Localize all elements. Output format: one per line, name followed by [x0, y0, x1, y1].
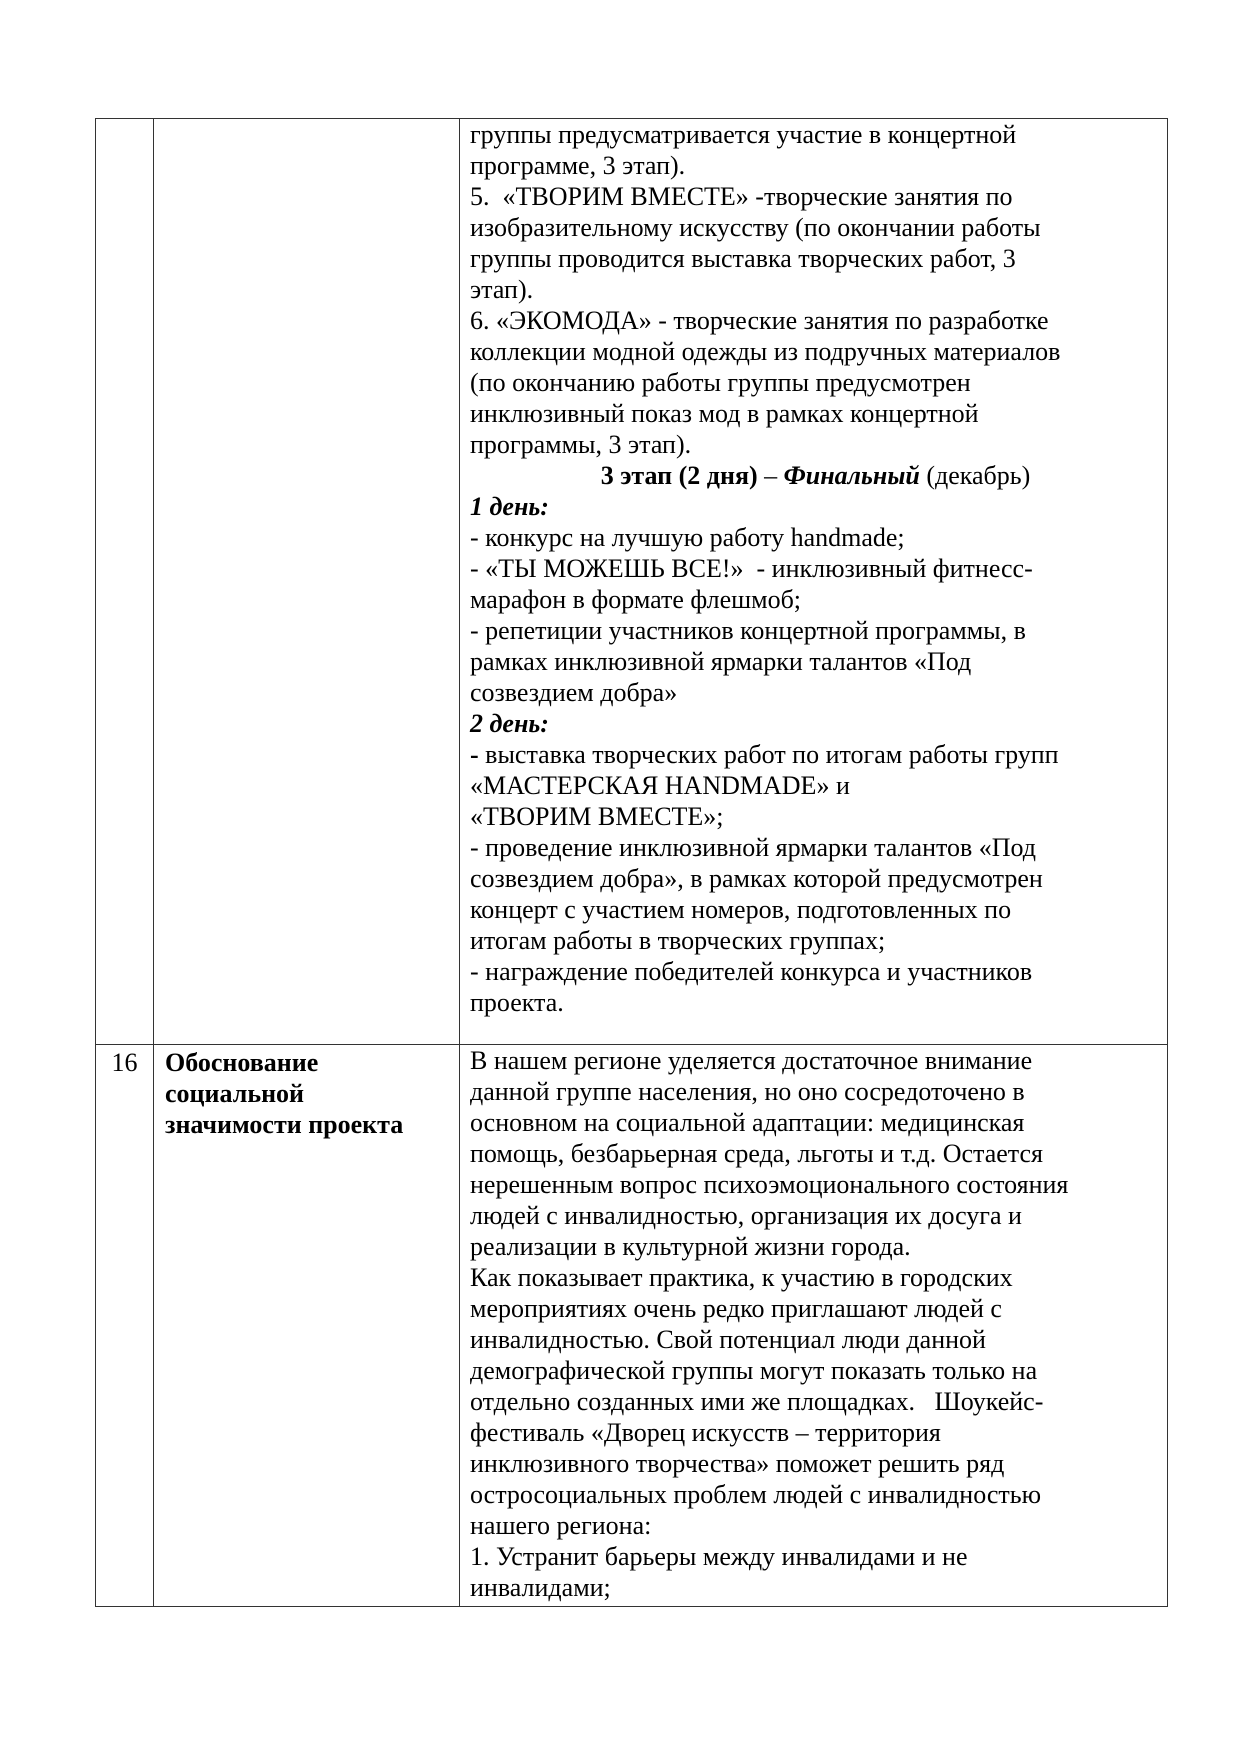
day-1-activities: - конкурс на лучшую работу handmade;- «Т… — [470, 522, 1161, 708]
stage-3-name: Финальный — [784, 461, 920, 490]
text-line: нерешенным вопрос психоэмоционального со… — [470, 1169, 1161, 1200]
activity-line: «МАСТЕРСКАЯ HANDMADE» и — [470, 770, 1161, 801]
activity-line: созвездием добра» — [470, 677, 1161, 708]
activity-line: - «ТЫ МОЖЕШЬ ВСЕ!» - инклюзивный фитнесс… — [470, 553, 1161, 584]
activity-line: - награждение победителей конкурса и уча… — [470, 956, 1161, 987]
social-significance-label: Обоснованиесоциальнойзначимости проекта — [165, 1047, 449, 1140]
text-line: Как показывает практика, к участию в гор… — [470, 1262, 1161, 1293]
label-line: значимости проекта — [165, 1109, 449, 1140]
day-2-first-activity: - выставка творческих работ по итогам ра… — [470, 739, 1161, 770]
activity-line: - проведение инклюзивной ярмарки таланто… — [470, 832, 1161, 863]
text-line: демографической группы могут показать то… — [470, 1355, 1161, 1386]
activity-line: концерт с участием номеров, подготовленн… — [470, 894, 1161, 925]
activity-line: итогам работы в творческих группах; — [470, 925, 1161, 956]
text-line: 6. «ЭКОМОДА» - творческие занятия по раз… — [470, 305, 1161, 336]
text-line: группы предусматривается участие в конце… — [470, 119, 1161, 150]
text-line: отдельно созданных ими же площадках. Шоу… — [470, 1386, 1161, 1417]
text-line: коллекции модной одежды из подручных мат… — [470, 336, 1161, 367]
row-label-cell — [154, 119, 460, 1045]
text-line: изобразительному искусству (по окончании… — [470, 212, 1161, 243]
activity-line: марафон в формате флешмоб; — [470, 584, 1161, 615]
bold-dash: - — [470, 740, 479, 769]
activity-line: - конкурс на лучшую работу handmade; — [470, 522, 1161, 553]
text-line: реализации в культурной жизни города. — [470, 1231, 1161, 1262]
label-line: Обоснование — [165, 1047, 449, 1078]
activity-line: созвездием добра», в рамках которой пред… — [470, 863, 1161, 894]
project-table: группы предусматривается участие в конце… — [95, 118, 1168, 1607]
activity-line: рамках инклюзивной ярмарки талантов «Под — [470, 646, 1161, 677]
text-line: нашего региона: — [470, 1510, 1161, 1541]
text-line: этап). — [470, 274, 1161, 305]
text-line: помощь, безбарьерная среда, льготы и т.д… — [470, 1138, 1161, 1169]
row-label-cell: Обоснованиесоциальнойзначимости проекта — [154, 1045, 460, 1607]
text-line: инклюзивный показ мод в рамках концертно… — [470, 398, 1161, 429]
text-line: (по окончанию работы группы предусмотрен — [470, 367, 1161, 398]
social-significance-text: В нашем регионе уделяется достаточное вн… — [470, 1045, 1161, 1603]
text-line: остросоциальных проблем людей с инвалидн… — [470, 1479, 1161, 1510]
text-line: инвалидностью. Свой потенциал люди данно… — [470, 1324, 1161, 1355]
text-line: 1. Устранит барьеры между инвалидами и н… — [470, 1541, 1161, 1572]
row-content-cell: группы предусматривается участие в конце… — [460, 119, 1168, 1045]
table-row-16: 16 Обоснованиесоциальнойзначимости проек… — [96, 1045, 1168, 1607]
activity-line: «ТВОРИМ ВМЕСТЕ»; — [470, 801, 1161, 832]
stage-3-prefix: 3 этап (2 дня) — [601, 461, 758, 490]
table-row-continued: группы предусматривается участие в конце… — [96, 119, 1168, 1045]
stage-3-period: (декабрь) — [920, 461, 1030, 490]
row-number-cell — [96, 119, 154, 1045]
text-line: данной группе населения, но оно сосредот… — [470, 1076, 1161, 1107]
row-number-cell: 16 — [96, 1045, 154, 1607]
row-content-cell: В нашем регионе уделяется достаточное вн… — [460, 1045, 1168, 1607]
text-line: инвалидами; — [470, 1572, 1161, 1603]
text-line: инклюзивного творчества» поможет решить … — [470, 1448, 1161, 1479]
label-line: социальной — [165, 1078, 449, 1109]
text-line: программе, 3 этап). — [470, 150, 1161, 181]
text-line: людей с инвалидностью, организация их до… — [470, 1200, 1161, 1231]
program-description: группы предусматривается участие в конце… — [470, 119, 1161, 460]
text-line: программы, 3 этап). — [470, 429, 1161, 460]
text-line: основном на социальной адаптации: медици… — [470, 1107, 1161, 1138]
text-line: мероприятиях очень редко приглашают люде… — [470, 1293, 1161, 1324]
text-line: 5. «ТВОРИМ ВМЕСТЕ» -творческие занятия п… — [470, 181, 1161, 212]
stage-3-dash: – — [758, 461, 784, 490]
day-2-first-activity-text: выставка творческих работ по итогам рабо… — [479, 740, 1059, 769]
activity-line: - репетиции участников концертной програ… — [470, 615, 1161, 646]
text-line: В нашем регионе уделяется достаточное вн… — [470, 1045, 1161, 1076]
day-2-heading: 2 день: — [470, 708, 1161, 739]
text-line: группы проводится выставка творческих ра… — [470, 243, 1161, 274]
stage-3-heading: 3 этап (2 дня) – Финальный (декабрь) — [470, 460, 1161, 491]
activity-line: проекта. — [470, 987, 1161, 1018]
day-2-activities: «МАСТЕРСКАЯ HANDMADE» и«ТВОРИМ ВМЕСТЕ»;-… — [470, 770, 1161, 1018]
text-line: фестиваль «Дворец искусств – территория — [470, 1417, 1161, 1448]
day-1-heading: 1 день: — [470, 491, 1161, 522]
